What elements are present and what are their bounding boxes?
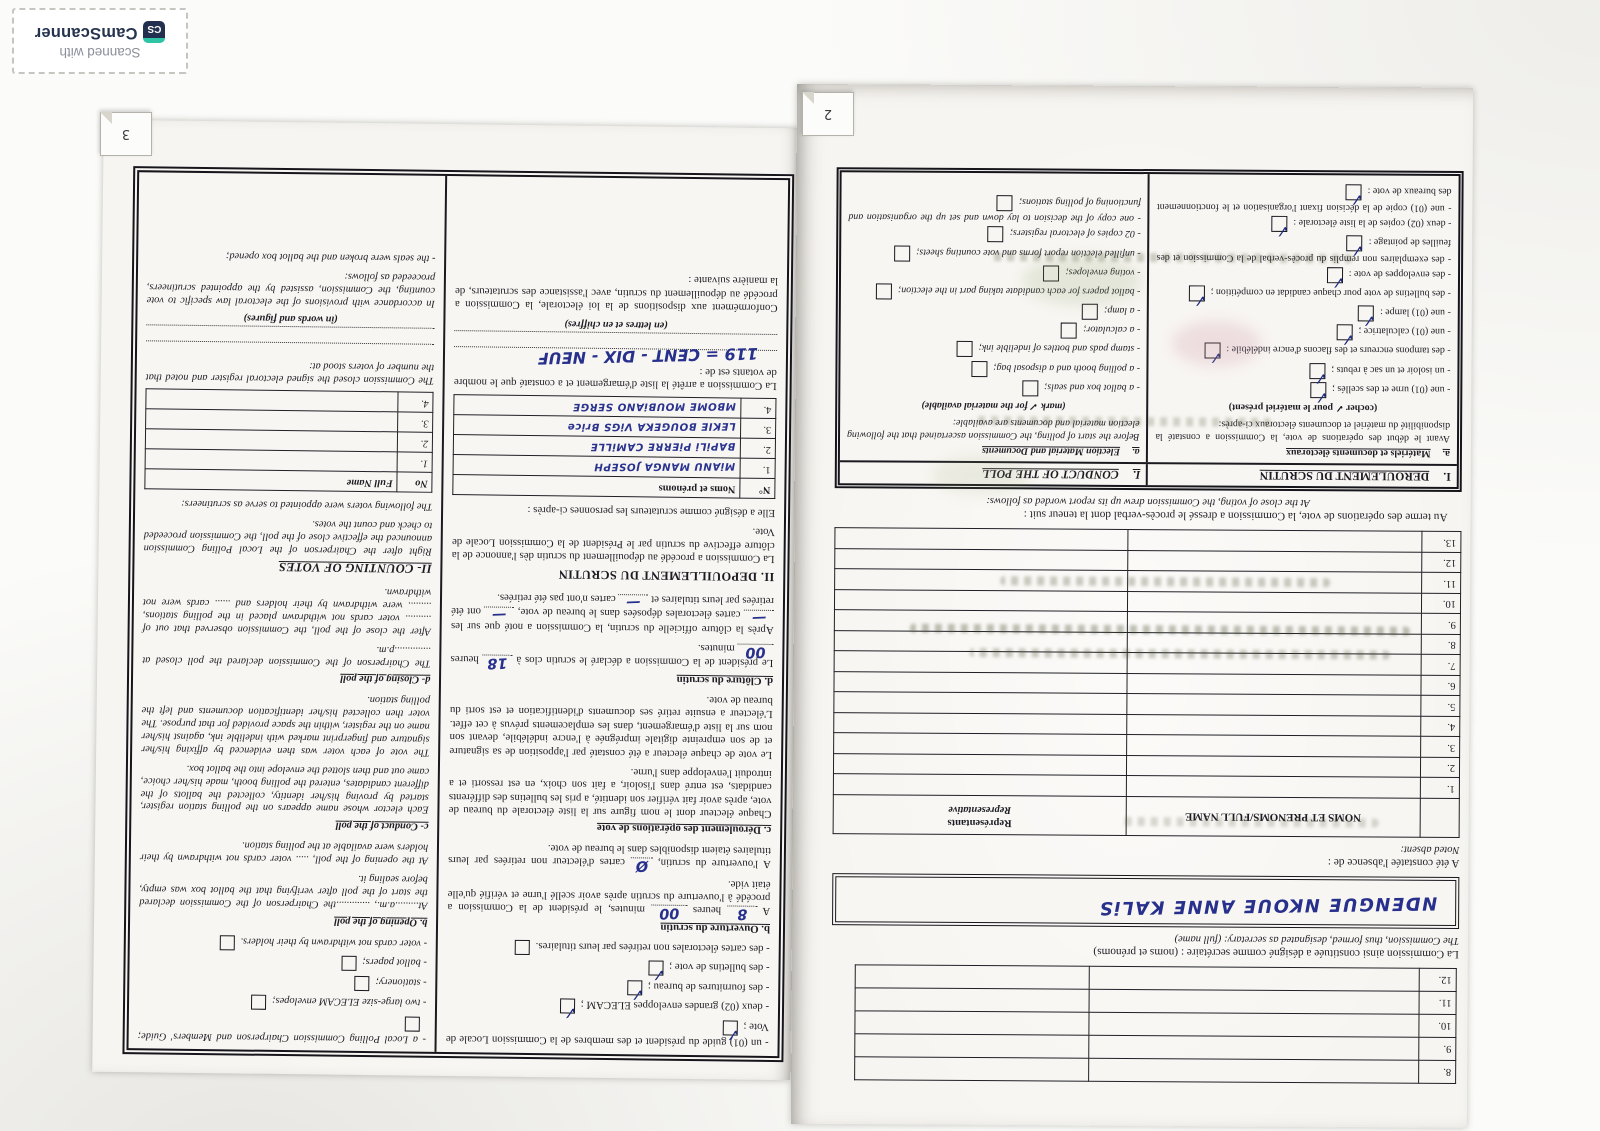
dotted-line-votants: 119 = CENT - DIX - NEUF: [454, 346, 777, 364]
material-item-bulletins-candidat: - des bulletins de vote pour chaque cand…: [1156, 284, 1451, 302]
page-2-scan: 8. 9. 10. 11. 12. La Commission ainsi co…: [791, 84, 1473, 1128]
item-label: - stamp pads and bottles of indelible in…: [978, 343, 1140, 355]
empty-cell: [855, 1034, 1089, 1058]
paragraph-register-closed: The Commission closed the signed elector…: [146, 357, 435, 386]
handwritten-name: BAPiLi PiERRE CAMiLLE: [454, 436, 741, 458]
checklist-item-bulletins: - des bulletins de vote ;✓: [447, 957, 770, 977]
text-segment: heures: [450, 653, 478, 665]
tick-mark: ✓: [1341, 330, 1354, 351]
text-segment: minutes.: [698, 642, 735, 654]
handwriting-dash: —: [484, 604, 515, 623]
checkbox-ballot-papers-en: ✓: [341, 956, 356, 971]
empty-cell: [834, 733, 1127, 755]
subsection-materiels: a.Matériels et documents électoraux: [1155, 445, 1450, 459]
table-row: 12.: [855, 965, 1456, 992]
tick-mark: ✓: [1314, 368, 1327, 389]
handwriting-minutes: 00: [737, 641, 774, 660]
page-number-marker-3: 3: [100, 112, 152, 156]
handwriting-hour: 18: [482, 652, 513, 671]
checkbox-lampe: ✓: [1358, 306, 1374, 322]
paragraph-seals-broken: - the seals were broken and the ballot b…: [147, 247, 435, 263]
row-number: 1.: [397, 452, 432, 472]
table-row: 12.: [835, 549, 1461, 573]
item-label: - a polling booth and a disposal bag;: [993, 362, 1140, 374]
paragraph-opening-2: At the opening of the poll, ..... voter …: [140, 837, 429, 866]
item-label: - 02 copies of electoral registers;: [1010, 228, 1141, 240]
handwritten-name: MBOME MOUBiANO SERGE: [454, 396, 741, 418]
heading-counting-votes: II- COUNTING OF VOTES: [143, 557, 431, 576]
row-number: 8.: [1419, 1060, 1456, 1083]
table-row: 3.: [834, 733, 1460, 757]
empty-cell: [146, 409, 398, 432]
row-number: 4.: [1421, 716, 1460, 737]
page-3-scan: - un (01) guide du président et des memb…: [92, 120, 802, 1080]
checkbox-voter-cards-en: ✓: [219, 935, 234, 950]
checkbox-bulletins-candidat: ✓: [1189, 285, 1205, 301]
subsection-title: Election Material and Documents: [982, 444, 1120, 458]
handwritten-dash-blank: —: [484, 607, 514, 619]
item-label: - une (01) urne et des scellés ;: [1332, 383, 1450, 395]
material-item-enveloppes-vote: - des enveloppes de vote :✓: [1156, 265, 1451, 283]
checkbox-lamp: ✓: [1082, 304, 1098, 320]
ink-bleed-blob-green: [1022, 255, 1142, 306]
table-row: 10.: [855, 1011, 1456, 1038]
checklist-label: - des fournitures de bureau ;: [648, 980, 770, 993]
empty-cell: [835, 549, 1128, 571]
checkbox-enveloppes-vote: ✓: [1327, 267, 1343, 283]
table-header-row: N°Noms et prénoms: [453, 475, 775, 499]
tick-mark: ✓: [1193, 290, 1206, 311]
row-number: 11.: [1419, 991, 1456, 1014]
checklist-item-ballot-papers-en: - ballot papers;✓: [138, 952, 426, 972]
checklist-label: - un (01) guide du président et des memb…: [446, 1020, 769, 1049]
checklist-label: - voter cards not withdrawn by their hol…: [240, 935, 427, 948]
empty-cell: [1126, 714, 1420, 736]
checklist-item-stationery-en: - stationery;✓: [138, 972, 426, 992]
checkbox-ballot-box: ✓: [1022, 380, 1038, 396]
text-segment: Le président de la Commission a déclaré …: [516, 654, 773, 669]
row-number: 4.: [398, 392, 433, 412]
handwritten-name: MiANU MANGA JOSEPH: [453, 456, 740, 478]
row-number: 4.: [741, 399, 776, 419]
col-header-no: No: [397, 472, 432, 492]
tick-mark: ✓: [563, 1003, 577, 1024]
checklist-label: - a Local Polling Commission Chairperson…: [138, 1030, 426, 1045]
checkbox-bulletins: ✓: [648, 961, 663, 976]
table-row: 1.: [145, 449, 432, 473]
checklist-item-guide-en: - a Local Polling Commission Chairperson…: [138, 1011, 427, 1044]
checkbox-polling-booth: ✓: [971, 361, 987, 377]
empty-cell: [834, 590, 1127, 612]
paragraph-ouverture-2: A l'ouverture du scrutin, Ø cartes d'éle…: [448, 840, 771, 872]
empty-cell: [145, 449, 397, 472]
handwriting-dash: —: [743, 607, 774, 626]
page3-english-column: - a Local Polling Commission Chairperson…: [129, 172, 448, 1052]
table-row: 6.: [834, 672, 1460, 696]
tick-mark: ✓: [1363, 311, 1376, 332]
material-item-ballot-box: - a ballot box and seals;✓: [847, 378, 1140, 396]
table-row: 3.LEKIE BOUGEKA ViGS Brice: [454, 415, 776, 439]
empty-cell: [855, 988, 1089, 1012]
text-segment: minutes, le président de la Commission a…: [447, 878, 770, 916]
table-header-row: NoFull Name: [145, 469, 432, 493]
row-number: 1.: [1420, 778, 1459, 799]
text-segment: cartes n'ont pas été retirées.: [497, 591, 616, 604]
table-row: 4.: [834, 713, 1460, 737]
checklist-item-guide-president: - un (01) guide du président et des memb…: [446, 1015, 769, 1049]
paragraph-accordance: In accordance with provisions of the ele…: [147, 266, 436, 308]
scrutineers-table-fr: N°Noms et prénoms 1.MiANU MANGA JOSEPH 2…: [453, 395, 777, 500]
paragraph-deroulement-2: Le vote de chaque électeur a été constat…: [449, 690, 773, 761]
row-number: 2.: [398, 432, 433, 452]
table-row: 11.: [855, 988, 1456, 1015]
table-row: 5.: [834, 692, 1460, 716]
handwritten-dash-blank: —: [744, 610, 774, 622]
section-number: I.: [1443, 469, 1451, 484]
row-number: 9.: [1419, 1037, 1456, 1060]
handwritten-cards-blank: Ø: [630, 858, 652, 870]
dotted-line-empty: [146, 325, 434, 343]
camscanner-brand-row: CS CamScanner: [35, 22, 166, 44]
paragraph-opening-1: At.........a.m., .............the Chairp…: [139, 868, 428, 910]
checkbox-calculatrice: ✓: [1337, 325, 1353, 341]
members-table-continuation: 8. 9. 10. 11. 12.: [854, 964, 1457, 1084]
item-label: - deux (02) copies de la liste électoral…: [1293, 217, 1451, 229]
paragraph-conduct-2: The vote of each voter was then evidence…: [141, 690, 430, 758]
item-label: - des enveloppes de vote :: [1349, 268, 1451, 280]
row-number: 5.: [1421, 696, 1460, 717]
heading-deroulement-vote: c. Déroulement des opérations de vote: [448, 819, 771, 836]
empty-cell: [1128, 530, 1422, 552]
row-number: 10.: [1419, 1014, 1456, 1037]
heading-cloture-scrutin: d. Clôture du scrutin: [450, 669, 773, 686]
row-number: 3.: [1421, 737, 1460, 758]
tick-mark: ✓: [726, 1024, 740, 1045]
checkbox-decision-copy: ✓: [997, 195, 1013, 211]
material-item-urne: - une (01) urne et des scellés ;✓: [1156, 380, 1451, 398]
absent-roster-table: NOMS ET PRENOMS/FULL NAME ReprésentantsR…: [833, 528, 1462, 838]
checklist-label: - stationery;: [375, 976, 426, 988]
paragraph-conformement: Conformément aux dispositions de la loi …: [455, 270, 778, 314]
folded-corner: [100, 112, 112, 124]
table-row: 2.BAPiLi PiERRE CAMiLLE: [454, 435, 776, 459]
closing-line-fr: Au terme des opérations de vote, la Comm…: [835, 508, 1462, 524]
table-row: 10.: [834, 590, 1460, 614]
empty-cell: [146, 389, 398, 412]
checklist-label: - ballot papers;: [362, 956, 427, 968]
item-label: - one copy of the decision to lay down a…: [848, 196, 1141, 224]
item-label: - a calculator;: [1083, 324, 1140, 335]
table-row: 9.: [855, 1034, 1456, 1061]
handwriting-dash: —: [618, 592, 649, 611]
camscanner-brand-name: CamScanner: [35, 23, 138, 42]
row-number: 1.: [740, 459, 775, 479]
tick-mark: ✓: [652, 965, 666, 986]
table-row: 3.: [146, 409, 433, 433]
empty-cell: [1126, 755, 1420, 777]
dotted-line-empty: [146, 341, 434, 359]
material-item-stamp-pads: - stamp pads and bottles of indelible in…: [848, 340, 1141, 358]
handwritten-name: LEKIE BOUGEKA ViGS Brice: [454, 416, 741, 438]
text-segment: heures: [693, 904, 721, 916]
section-number: I.: [1133, 468, 1141, 483]
empty-cell: [1127, 694, 1421, 716]
handwritten-minute-blank: 00: [651, 905, 687, 917]
empty-cell: [1089, 966, 1420, 991]
row-number: 3.: [398, 412, 433, 432]
checklist-item-enveloppes-elecam: - deux (02) grandes enveloppes ELECAM ;✓: [446, 996, 769, 1016]
header-representative-en: Representative: [838, 802, 1122, 816]
empty-cell: [1126, 776, 1420, 798]
row-number: 11.: [1422, 573, 1461, 594]
paragraph-ouverture-1: A 8 heures 00 minutes, le président de l…: [447, 873, 770, 918]
table-row: 1.MiANU MANGA JOSEPH: [453, 455, 775, 479]
empty-cell: [855, 1011, 1089, 1035]
empty-cell: [1127, 550, 1421, 572]
tick-mark: ✓: [1315, 387, 1328, 408]
subsection-title: Matériels et documents électoraux: [1286, 446, 1431, 460]
row-number: 3.: [740, 419, 775, 439]
empty-cell: [1088, 1012, 1419, 1037]
subsection-letter: a.: [1132, 445, 1139, 458]
header-representants-fr: Représentants: [838, 814, 1122, 828]
mark-instruction-en: (mark ✓ for the material available): [847, 398, 1140, 412]
checkbox-liste-electorale: ✓: [1271, 216, 1287, 232]
paragraph-counting-1: Right after the Chairperson of the Local…: [144, 514, 433, 556]
scan-canvas: - un (01) guide du président et des memb…: [0, 0, 1600, 1131]
material-item-calculator: - a calculator;✓: [848, 321, 1141, 339]
handwritten-hour-blank: 8: [727, 906, 757, 918]
heading-ouverture-scrutin: b. Ouverture du scrutin: [447, 917, 770, 934]
paragraph-votants: La Commission a arrêté la liste d'émarge…: [454, 362, 777, 393]
checkbox-proces-verbal: ✓: [1347, 235, 1363, 251]
empty-cell: [1126, 735, 1420, 757]
empty-cell: [855, 1057, 1089, 1081]
table-row: 2.: [145, 429, 432, 453]
paragraph-depouillement-2: Elle a désigné comme scrutateurs les per…: [452, 502, 775, 519]
checkbox-cartes-non-retirees: ✓: [515, 940, 530, 955]
checkbox-stationery-en: ✓: [354, 976, 369, 991]
note-en-lettres: (en lettres et en chiffres): [455, 315, 778, 332]
mark-instruction-fr: (cocher ✓ pour le matériel présent): [1156, 400, 1451, 414]
page-number: 2: [824, 107, 832, 122]
page-number-marker-2: 2: [802, 92, 854, 136]
scrutineers-table-en: NoFull Name 1. 2. 3. 4.: [144, 388, 433, 493]
table-row: 8.: [855, 1057, 1456, 1084]
material-item-decision-copie: - une (01) copie de la décision fixant l…: [1157, 182, 1452, 213]
camscanner-badge: Scanned with CS CamScanner: [12, 8, 188, 74]
heading-depouillement: II. DEPOUILLEMENT DU SCRUTIN: [452, 565, 775, 584]
checkbox-registers-copies: ✓: [988, 227, 1004, 243]
handwriting-secretary-name: NDENGUE NKOUE ANNE KALiS: [1098, 892, 1437, 918]
empty-cell: [855, 965, 1089, 989]
handwriting-zero: Ø: [630, 855, 653, 874]
dotted-line-empty: [454, 330, 777, 348]
page2-content: 8. 9. 10. 11. 12. La Commission ainsi co…: [831, 124, 1464, 1084]
checkbox-envelopes-en: ✓: [251, 995, 266, 1010]
row-number: 8.: [1421, 634, 1460, 655]
paragraph-closing-2: After the close of the poll, the Commiss…: [143, 581, 432, 636]
subsection-letter: a.: [1442, 447, 1449, 460]
checklist-label: - deux (02) grandes enveloppes ELECAM ;: [581, 999, 769, 1013]
col-header-representative: ReprésentantsRepresentative: [833, 795, 1126, 836]
row-number: 12.: [1419, 968, 1456, 991]
camscanner-logo-icon: CS: [143, 22, 165, 44]
row-number: 13.: [1422, 532, 1461, 553]
item-label: - a ballot box and seals;: [1044, 381, 1140, 393]
checklist-label: - des cartes électorales non retirées pa…: [536, 940, 770, 955]
table-row: 4.: [146, 389, 433, 413]
tick-mark: ✓: [1276, 221, 1289, 242]
material-item-polling-booth: - a polling booth and a disposal bag;✓: [847, 359, 1140, 377]
checkbox-fournitures: ✓: [627, 980, 642, 995]
row-number: 12.: [1422, 552, 1461, 573]
col-header-blank: [1420, 798, 1459, 837]
section1-title-fr: I.DEROULEMENT DU SCRUTIN: [1148, 465, 1457, 488]
row-number: 7.: [1421, 655, 1460, 676]
empty-cell: [1089, 989, 1420, 1014]
text-segment: A: [763, 905, 770, 917]
folded-corner: [802, 92, 814, 104]
handwritten-dash-blank: —: [618, 594, 648, 606]
checkbox-report-forms: ✓: [894, 245, 910, 261]
section-title-text: DEROULEMENT DU SCRUTIN: [1260, 468, 1430, 484]
empty-cell: [1088, 1035, 1419, 1060]
empty-cell: [834, 672, 1127, 694]
checklist-label: - two large-size ELECAM envelopes;: [272, 995, 426, 1008]
checkbox-decision-copie: ✓: [1346, 184, 1362, 200]
bleed-through-smudge: [971, 416, 1271, 427]
col-header-noms: Noms et prénoms: [453, 475, 740, 499]
empty-cell: [833, 754, 1126, 776]
page3-form-box: - un (01) guide du président et des memb…: [122, 166, 794, 1062]
checkbox-guide-president: ✓: [722, 1020, 737, 1035]
table-row: 13.: [835, 528, 1461, 552]
bleed-through-smudge: [1119, 817, 1379, 828]
ink-bleed-blob-pink: [1171, 320, 1261, 367]
empty-cell: [1088, 1058, 1419, 1083]
empty-cell: [145, 429, 397, 452]
absent-line-fr: A été constatée l'absence de :: [832, 853, 1459, 869]
empty-cell: [833, 774, 1126, 796]
paragraph-conduct-1: Each elector whose name appears on the p…: [140, 760, 429, 815]
heading-conduct-poll: c- Conduct of the poll: [140, 816, 428, 832]
handwriting-minutes: 00: [651, 902, 688, 921]
material-item-decision-copy: - one copy of the decision to lay down a…: [848, 193, 1141, 224]
heading-opening-poll: b. Opening of the poll: [139, 911, 427, 927]
checkbox-isoloir: ✓: [1309, 363, 1325, 379]
handwritten-minute-blank: 00: [737, 644, 773, 656]
empty-cell: [834, 692, 1127, 714]
material-item-registers-copies: - 02 copies of electoral registers;✓: [848, 225, 1141, 243]
item-label: - a lamp;: [1104, 305, 1140, 316]
table-header-row: NOMS ET PRENOMS/FULL NAME ReprésentantsR…: [833, 795, 1459, 838]
text-segment: A l'ouverture du scrutin,: [658, 857, 771, 870]
empty-cell: [1127, 591, 1421, 613]
item-label: - une (01) copie de la décision fixant l…: [1157, 185, 1452, 213]
paragraph-cloture-2: Après la clôture officielle du scrutin, …: [451, 590, 774, 636]
item-label: - un isoloir et un sac à rebuts ;: [1331, 364, 1450, 376]
heading-closing-poll: d- Closing of the poll: [142, 669, 430, 685]
tick-mark: ✓: [630, 984, 644, 1005]
tick-mark: ✓: [1351, 240, 1364, 261]
checkbox-enveloppes-elecam: ✓: [560, 999, 575, 1014]
table-row: 1.: [833, 774, 1459, 798]
paragraph-depouillement-1: La Commission a procédé au dépouillement…: [452, 521, 775, 565]
row-number: 9.: [1421, 614, 1460, 635]
secretary-name-box: NDENGUE NKOUE ANNE KALiS: [832, 873, 1459, 929]
col-header-fullname: Full Name: [145, 469, 397, 492]
table-row: 2.: [833, 754, 1459, 778]
checkbox-guide-en: ✓: [405, 1017, 420, 1032]
ink-bleed-blob-green2: [931, 455, 1031, 496]
row-number: 2.: [1420, 757, 1459, 778]
note-in-words: (in words and figures): [146, 310, 434, 326]
row-number: 10.: [1421, 593, 1460, 614]
handwritten-hour-blank: 18: [482, 655, 512, 667]
material-item-liste-electorale: - deux (02) copies de la liste électoral…: [1157, 214, 1452, 232]
paragraph-counting-2: The following voters were appointed to s…: [144, 495, 432, 511]
checklist-item-fournitures: - des fournitures de bureau ;✓: [446, 977, 769, 997]
scanned-with-label: Scanned with: [59, 46, 140, 61]
page-number: 3: [122, 127, 130, 142]
empty-cell: [1127, 673, 1421, 695]
row-number: 2.: [740, 439, 775, 459]
table-row: 4.MBOME MOUBiANO SERGE: [454, 395, 776, 419]
tick-mark: ✓: [1331, 272, 1344, 293]
item-label: - une (01) lampe :: [1380, 307, 1451, 318]
page3-french-column: - un (01) guide du président et des memb…: [437, 176, 788, 1056]
checklist-item-cartes-non-retirees: - des cartes électorales non retirées pa…: [447, 938, 770, 958]
checklist-item-voter-cards-en: - voter cards not withdrawn by their hol…: [139, 932, 427, 952]
checklist-label: - des bulletins de vote ;: [669, 961, 770, 974]
paragraph-closing-1: The Chairperson of the Commission declar…: [142, 639, 431, 668]
paragraph-cloture-1: Le président de la Commission a déclaré …: [450, 638, 773, 671]
section1-box: I.DEROULEMENT DU SCRUTIN I.CONDUCT OF TH…: [835, 167, 1464, 493]
checkbox-ballot-papers: ✓: [876, 283, 892, 299]
checklist-item-envelopes-en: - two large-size ELECAM envelopes;✓: [138, 992, 426, 1012]
empty-cell: [835, 528, 1128, 550]
row-number: 6.: [1421, 675, 1460, 696]
col-header-no: N°: [740, 479, 775, 499]
checkbox-calculator: ✓: [1061, 323, 1077, 339]
secretary-line-fr: La Commission ainsi constituée a désigné…: [832, 944, 1459, 960]
tick-mark: ✓: [1350, 189, 1363, 210]
empty-cell: [834, 713, 1127, 735]
checkbox-stamp-pads: ✓: [956, 341, 972, 357]
paragraph-deroulement-1: Chaque électeur dont le nom figure sur l…: [449, 763, 772, 820]
handwriting-hour: 8: [727, 903, 758, 922]
